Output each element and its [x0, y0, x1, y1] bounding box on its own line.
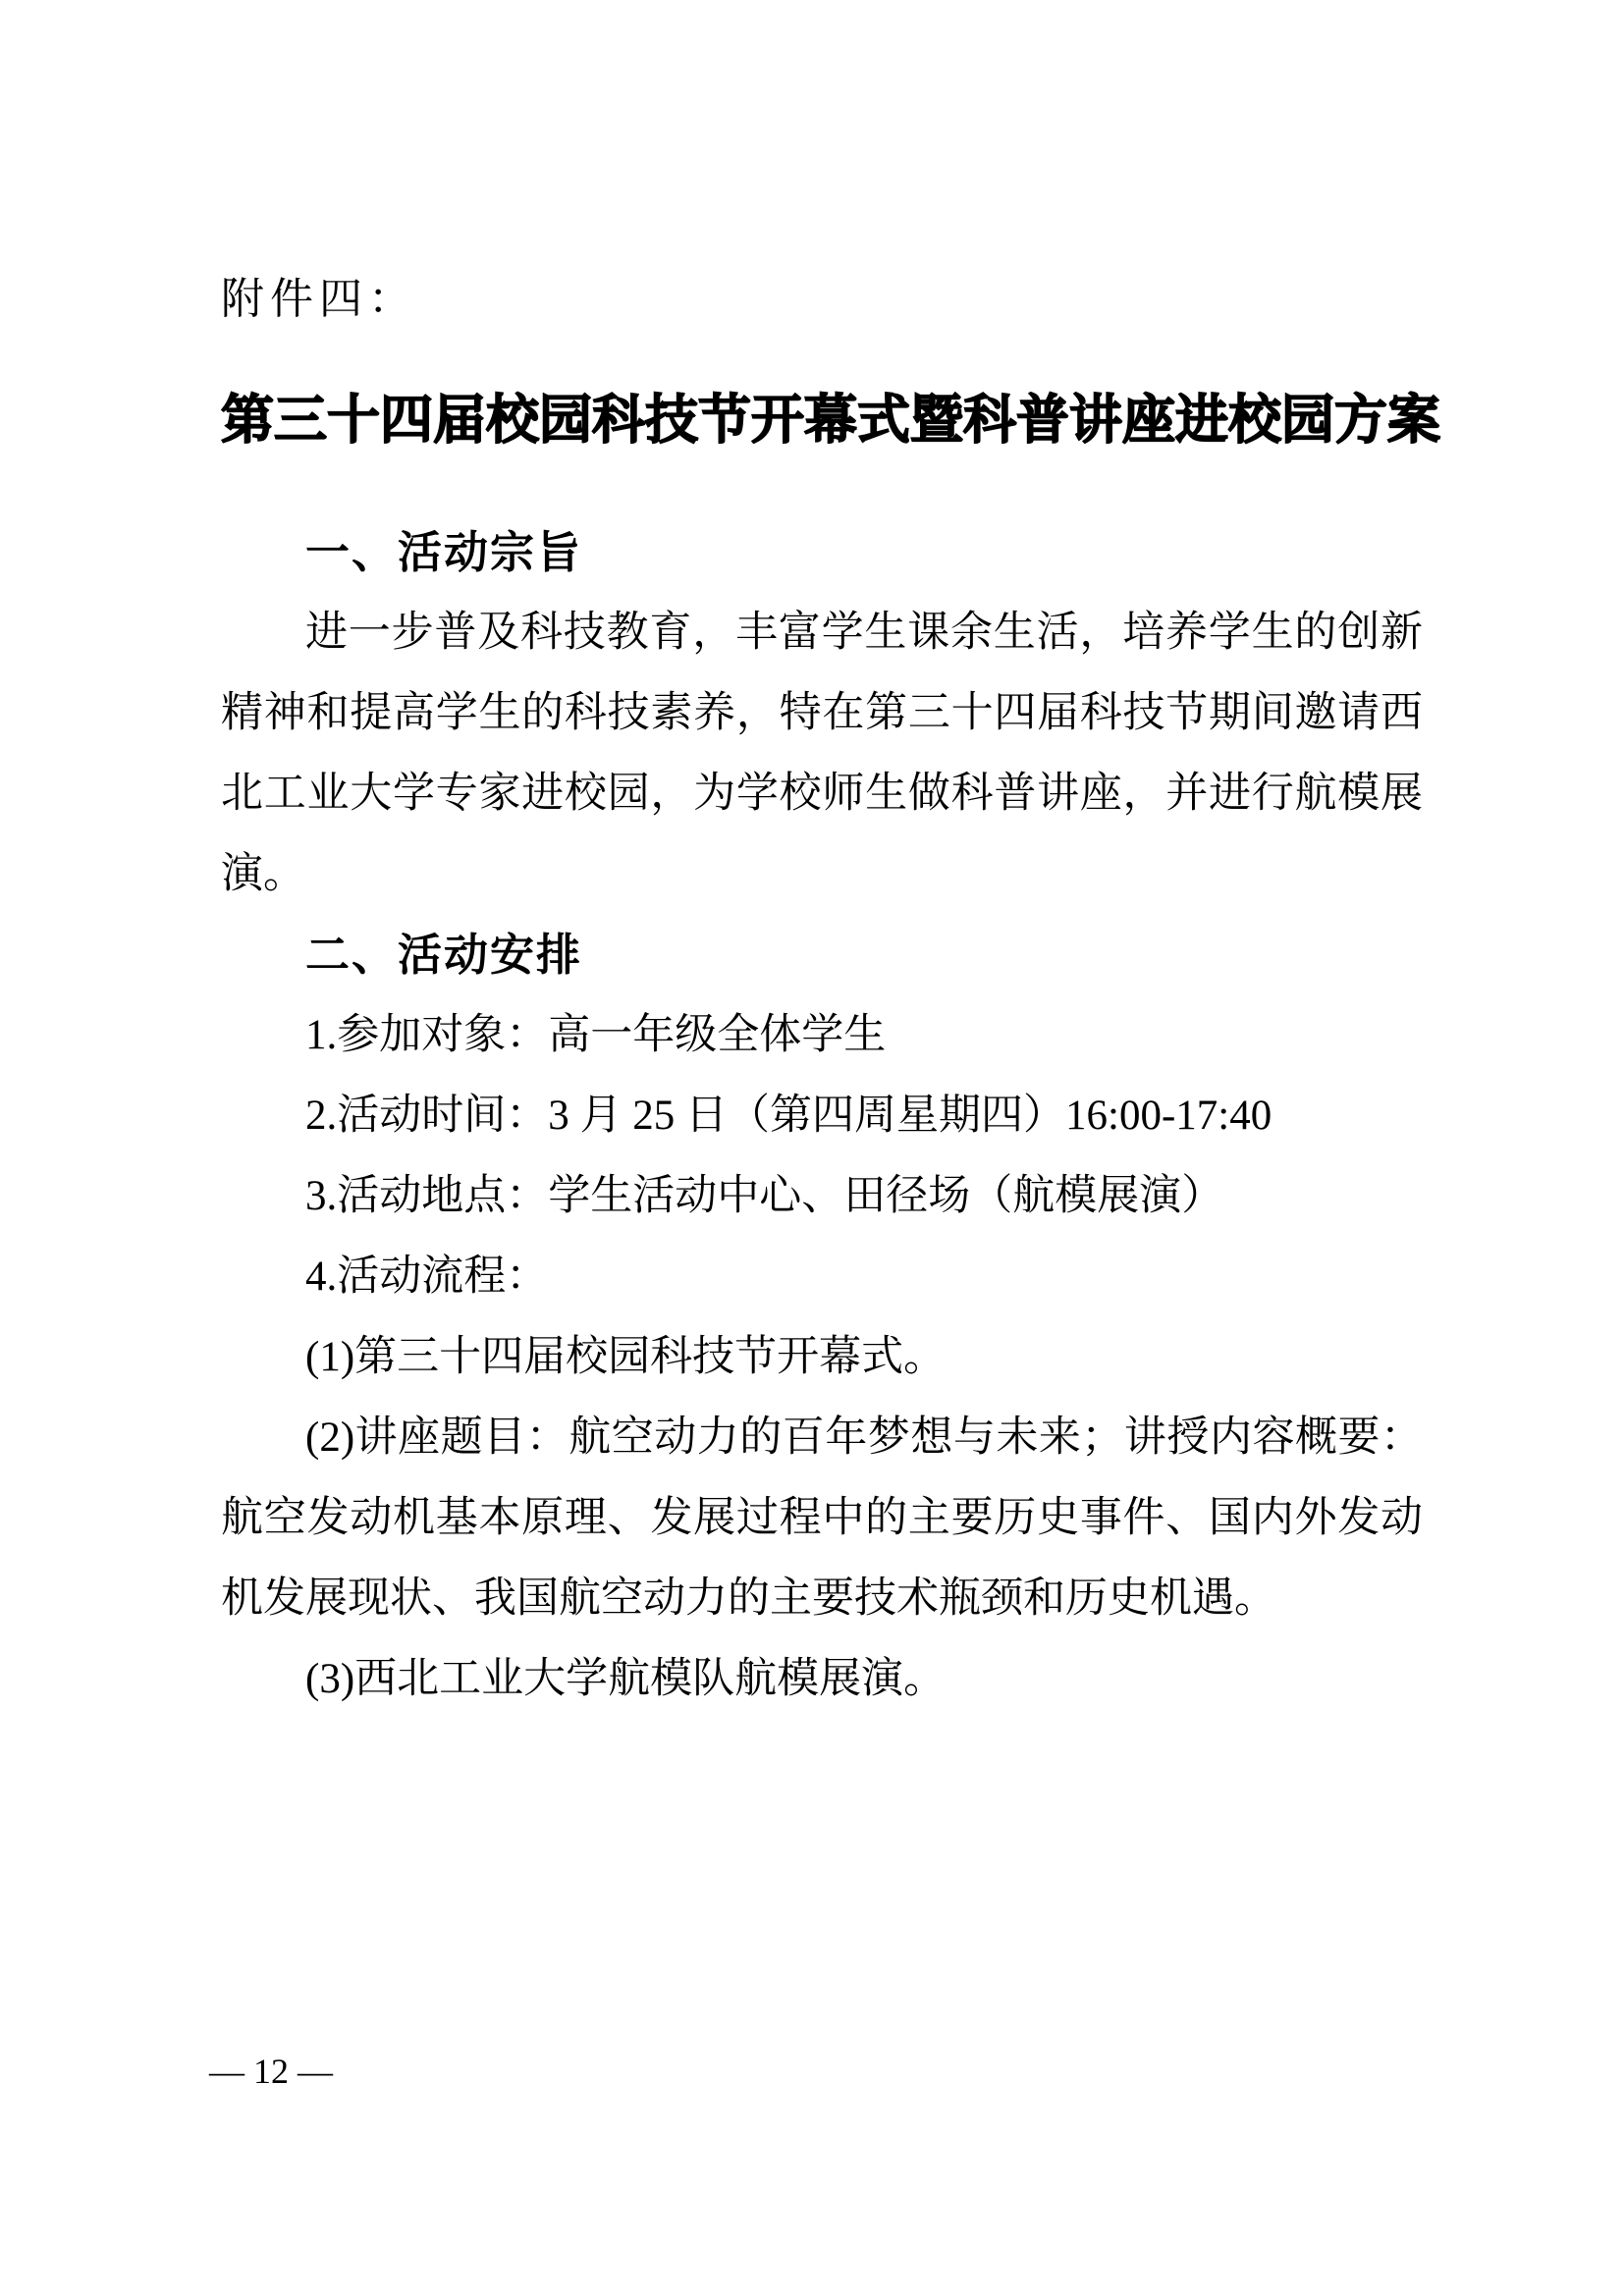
document-body: 一、活动宗旨 进一步普及科技教育，丰富学生课余生活，培养学生的创新 精神和提高学… — [221, 512, 1423, 1720]
paragraph-line: 演。 — [221, 834, 1423, 915]
section-heading-arrangement: 二、活动安排 — [221, 915, 1423, 995]
flow-item-lecture-line: (2)讲座题目：航空动力的百年梦想与未来；讲授内容概要： — [221, 1398, 1423, 1478]
page-number: — 12 — — [209, 2050, 333, 2093]
list-item-process: 4.活动流程： — [221, 1237, 1423, 1317]
attachment-label: 附件四： — [221, 275, 417, 324]
paragraph-line: 北工业大学专家进校园，为学校师生做科普讲座，并进行航模展 — [221, 754, 1423, 834]
section-heading-purpose: 一、活动宗旨 — [221, 512, 1423, 593]
flow-item-model-show: (3)西北工业大学航模队航模展演。 — [221, 1639, 1423, 1720]
flow-item-lecture-line: 航空发动机基本原理、发展过程中的主要历史事件、国内外发动 — [221, 1478, 1423, 1559]
document-title: 第三十四届校园科技节开幕式暨科普讲座进校园方案 — [221, 385, 1423, 455]
list-item-location: 3.活动地点：学生活动中心、田径场（航模展演） — [221, 1156, 1423, 1237]
list-item-participants: 1.参加对象：高一年级全体学生 — [221, 995, 1423, 1076]
list-item-time: 2.活动时间：3 月 25 日（第四周星期四）16:00-17:40 — [221, 1076, 1423, 1156]
paragraph-line: 进一步普及科技教育，丰富学生课余生活，培养学生的创新 — [221, 593, 1423, 673]
flow-item-opening-ceremony: (1)第三十四届校园科技节开幕式。 — [221, 1317, 1423, 1398]
paragraph-line: 精神和提高学生的科技素养，特在第三十四届科技节期间邀请西 — [221, 673, 1423, 754]
document-page: 附件四： 第三十四届校园科技节开幕式暨科普讲座进校园方案 一、活动宗旨 进一步普… — [0, 0, 1624, 2296]
flow-item-lecture-line: 机发展现状、我国航空动力的主要技术瓶颈和历史机遇。 — [221, 1559, 1423, 1639]
